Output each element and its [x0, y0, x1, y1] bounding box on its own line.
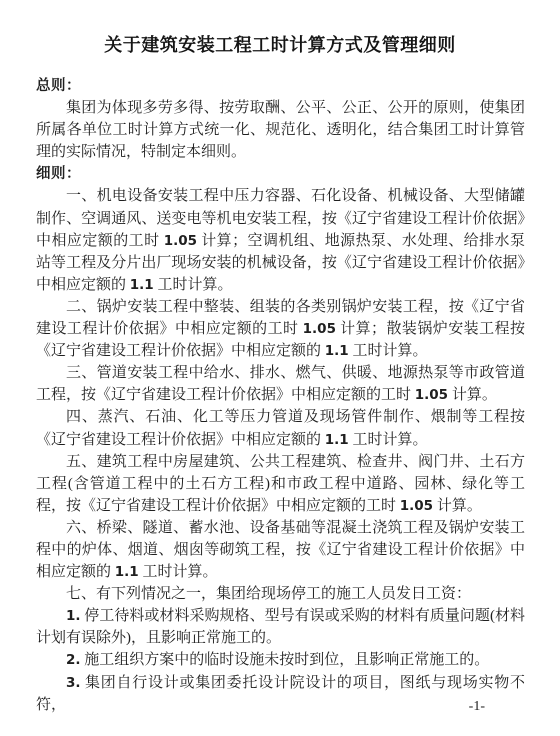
document-body: 总则：集团为体现多劳多得、按劳取酬、公平、公正、公开的原则，使集团所属各单位工时… [36, 75, 525, 716]
emphasized-text: 1.05 [164, 233, 197, 249]
rule-5: 五、建筑工程中房屋建筑、公共工程建筑、检查井、阀门井、土石方工程(含管道工程中的… [36, 451, 525, 517]
general-rules-heading: 总则： [36, 75, 525, 97]
body-text: 计算。 [433, 498, 482, 514]
document-page: 关于建筑安装工程工时计算方式及管理细则 总则：集团为体现多劳多得、按劳取酬、公平… [0, 0, 560, 736]
body-text: 施工组织方案中的临时设施未按时到位，且影响正常施工的。 [81, 652, 490, 668]
body-text: 停工待料或材料采购规格、型号有误或采购的材料有质量问题(材料计划有误除外)，且影… [36, 608, 525, 646]
body-text: 工时计算。 [139, 564, 218, 580]
condition-3: 3. 集团自行设计或集团委托设计院设计的项目，图纸与现场实物不符， [36, 672, 525, 716]
emphasized-text: 1.1 [130, 277, 154, 293]
body-text: 集团为体现多劳多得、按劳取酬、公平、公正、公开的原则，使集团所属各单位工时计算方… [36, 100, 525, 160]
condition-1: 1. 停工待料或材料采购规格、型号有误或采购的材料有质量问题(材料计划有误除外)… [36, 605, 525, 649]
rule-2: 二、锅炉安装工程中整装、组装的各类别锅炉安装工程，按《辽宁省建设工程计价依据》中… [36, 296, 525, 362]
body-text: 工时计算。 [154, 277, 233, 293]
body-text: 细则： [36, 166, 81, 182]
emphasized-text: 1. [66, 608, 81, 624]
rule-6: 六、桥梁、隧道、蓄水池、设备基础等混凝土浇筑工程及锅炉安装工程中的炉体、烟道、烟… [36, 517, 525, 583]
emphasized-text: 1.1 [325, 432, 349, 448]
emphasized-text: 3. [66, 675, 81, 691]
document-title: 关于建筑安装工程工时计算方式及管理细则 [0, 31, 560, 57]
body-text: 七、有下列情况之一，集团给现场停工的施工人员发日工资： [66, 586, 471, 602]
body-text: 四、蒸汽、石油、化工等压力管道及现场管件制作、煨制等工程按《辽宁省建设工程计价依… [36, 409, 525, 447]
rule-3: 三、管道安装工程中给水、排水、燃气、供暖、地源热泵等市政管道工程，按《辽宁省建设… [36, 362, 525, 406]
body-text: 六、桥梁、隧道、蓄水池、设备基础等混凝土浇筑工程及锅炉安装工程中的炉体、烟道、烟… [36, 520, 525, 580]
emphasized-text: 1.05 [303, 321, 336, 337]
emphasized-text: 1.05 [400, 498, 433, 514]
body-text: 工时计算。 [349, 343, 428, 359]
condition-2: 2. 施工组织方案中的临时设施未按时到位，且影响正常施工的。 [36, 649, 525, 671]
emphasized-text: 2. [66, 652, 81, 668]
preamble-paragraph: 集团为体现多劳多得、按劳取酬、公平、公正、公开的原则，使集团所属各单位工时计算方… [36, 97, 525, 163]
emphasized-text: 1.05 [415, 387, 448, 403]
emphasized-text: 1.1 [325, 343, 349, 359]
rule-4: 四、蒸汽、石油、化工等压力管道及现场管件制作、煨制等工程按《辽宁省建设工程计价依… [36, 406, 525, 450]
rule-1: 一、机电设备安装工程中压力容器、石化设备、机械设备、大型储罐制作、空调通风、送变… [36, 185, 525, 295]
detailed-rules-heading: 细则： [36, 163, 525, 185]
body-text: 工时计算。 [349, 432, 428, 448]
body-text: 总则： [36, 78, 81, 94]
page-number: -1- [469, 699, 485, 715]
body-text: 计算。 [448, 387, 497, 403]
emphasized-text: 1.1 [115, 564, 139, 580]
rule-7: 七、有下列情况之一，集团给现场停工的施工人员发日工资： [36, 583, 525, 605]
body-text: 集团自行设计或集团委托设计院设计的项目，图纸与现场实物不符， [36, 675, 525, 713]
